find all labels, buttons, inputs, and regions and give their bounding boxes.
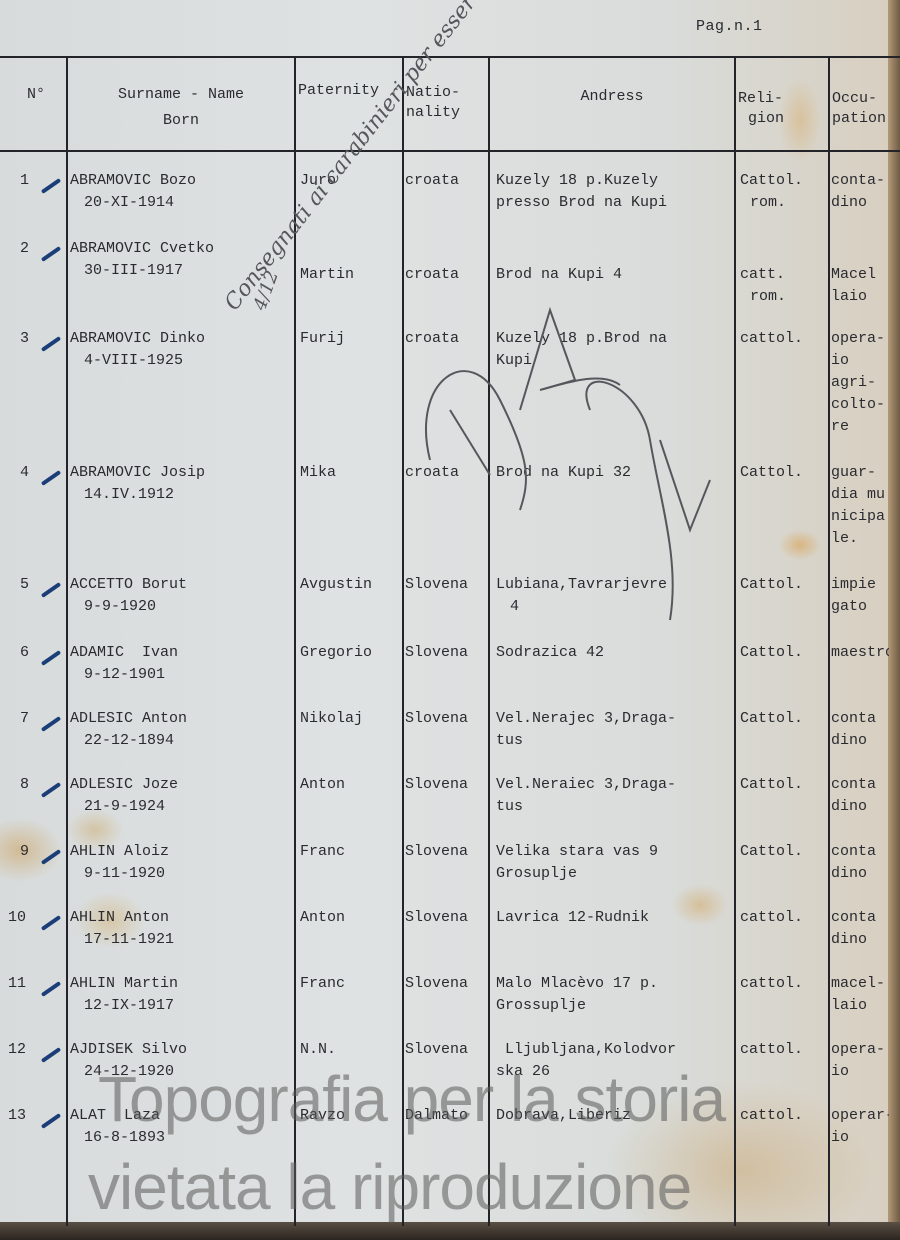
nationality: Slovena [405,774,468,796]
paternity: N.N. [300,1039,336,1061]
paternity: Gregorio [300,642,372,664]
religion: Cattol. [740,574,803,596]
paternity: Franc [300,973,345,995]
occupation: dino [831,796,889,818]
header-no: N° [8,86,64,104]
surname-name: ADLESIC Joze [70,774,178,796]
birth-date: 14.IV.1912 [84,484,174,506]
header-address: Andress [492,88,732,106]
surname-name: AJDISEK Silvo [70,1039,187,1061]
religion-line-2: rom. [750,192,786,214]
header-occupation: Occu- [832,90,892,108]
address-line-2: presso Brod na Kupi [496,192,667,214]
occupation: gato [831,596,889,618]
row-number: 1 [20,170,29,192]
row-number: 7 [20,708,29,730]
paternity: Anton [300,907,345,929]
religion: cattol. [740,1039,803,1061]
paternity: Nikolaj [300,708,363,730]
row-number: 6 [20,642,29,664]
occupation: conta- [831,170,889,192]
signature-scribble [410,300,730,630]
occupation: operar- [831,1105,889,1127]
religion: Cattol. [740,708,803,730]
surname-name: ADAMIC Ivan [70,642,178,664]
paternity: Mika [300,462,336,484]
occupation: dino [831,863,889,885]
birth-date: 12-IX-1917 [84,995,174,1017]
occupation: colto- [831,394,889,416]
surname-name: ADLESIC Anton [70,708,187,730]
occupation: Macel [831,264,889,286]
nationality: Slovena [405,708,468,730]
surname-name: AHLIN Aloiz [70,841,169,863]
row-number: 11 [8,973,26,995]
address-line-2: tus [496,796,523,818]
address-line-1: Vel.Nerajec 3,Draga- [496,708,676,730]
birth-date: 17-11-1921 [84,929,174,951]
surname-name: AHLIN Martin [70,973,178,995]
birth-date: 20-XI-1914 [84,192,174,214]
surname-name: ABRAMOVIC Dinko [70,328,205,350]
religion: catt. [740,264,785,286]
occupation: macel- [831,973,889,995]
religion: Cattol. [740,170,803,192]
religion: cattol. [740,907,803,929]
address-line-2: tus [496,730,523,752]
occupation: dino [831,730,889,752]
birth-date: 4-VIII-1925 [84,350,183,372]
surname-name: ABRAMOVIC Bozo [70,170,196,192]
occupation: conta [831,841,889,863]
birth-date: 9-9-1920 [84,596,156,618]
row-number: 3 [20,328,29,350]
table-top-border [0,56,900,58]
occupation: io [831,1127,889,1149]
religion: Cattol. [740,774,803,796]
surname-name: ABRAMOVIC Cvetko [70,238,214,260]
address-line-1: Malo Mlacèvo 17 p. [496,973,658,995]
row-number: 8 [20,774,29,796]
occupation: laio [831,995,889,1017]
paternity: Furij [300,328,345,350]
nationality: Slovena [405,642,468,664]
header-religion: Reli- [738,90,826,108]
column-divider [488,56,490,1226]
row-number: 4 [20,462,29,484]
occupation: nicipa [831,506,889,528]
religion-line-2: rom. [750,286,786,308]
column-divider [66,56,68,1226]
header-born: Born [70,112,292,130]
column-divider [734,56,736,1226]
occupation: maestro [831,642,889,664]
watermark-line-1: Topografia per la storia [98,1062,725,1136]
religion: Cattol. [740,462,803,484]
religion: cattol. [740,1105,803,1127]
religion: Cattol. [740,642,803,664]
paternity: Anton [300,774,345,796]
column-divider [402,56,404,1226]
header-nationality-2: nality [406,104,486,122]
occupation: conta [831,708,889,730]
paternity: Franc [300,841,345,863]
occupation: dino [831,929,889,951]
address-line-1: Sodrazica 42 [496,642,604,664]
birth-date: 22-12-1894 [84,730,174,752]
occupation: impie [831,574,889,596]
address-line-2: Grosuplje [496,863,577,885]
row-number: 2 [20,238,29,260]
header-religion-2: gion [748,110,828,128]
occupation: guar- [831,462,889,484]
page-bottom-edge [0,1222,900,1240]
row-number: 9 [20,841,29,863]
address-line-2: Grossuplje [496,995,586,1017]
birth-date: 9-11-1920 [84,863,165,885]
address-line-1: Brod na Kupi 4 [496,264,622,286]
occupation: conta [831,774,889,796]
surname-name: ABRAMOVIC Josip [70,462,205,484]
nationality: Slovena [405,1039,468,1061]
nationality: Slovena [405,841,468,863]
surname-name: ACCETTO Borut [70,574,187,596]
header-surname: Surname - Name [70,86,292,104]
occupation: agri- [831,372,889,394]
row-number: 13 [8,1105,26,1127]
surname-name: AHLIN Anton [70,907,169,929]
address-line-1: Lljubljana,Kolodvor [496,1039,676,1061]
row-number: 12 [8,1039,26,1061]
nationality: Slovena [405,907,468,929]
occupation: le. [831,528,889,550]
column-divider [828,56,830,1226]
paternity: Avgustin [300,574,372,596]
address-line-1: Lavrica 12-Rudnik [496,907,649,929]
birth-date: 30-III-1917 [84,260,183,282]
row-number: 5 [20,574,29,596]
nationality: croata [405,264,459,286]
occupation: opera- [831,328,889,350]
birth-date: 21-9-1924 [84,796,165,818]
religion: cattol. [740,328,803,350]
occupation: re [831,416,889,438]
page-edge [888,0,900,1240]
address-line-1: Velika stara vas 9 [496,841,658,863]
birth-date: 9-12-1901 [84,664,165,686]
watermark-line-2: vietata la riproduzione [88,1150,691,1224]
religion: cattol. [740,973,803,995]
occupation: laio [831,286,889,308]
nationality: croata [405,170,459,192]
header-bottom-border [0,150,900,152]
address-line-1: Vel.Neraiec 3,Draga- [496,774,676,796]
paternity: Martin [300,264,354,286]
nationality: Slovena [405,973,468,995]
occupation: opera- [831,1039,889,1061]
row-number: 10 [8,907,26,929]
header-occupation-2: pation [832,110,892,128]
page-number: Pag.n.1 [696,18,763,35]
religion: Cattol. [740,841,803,863]
occupation: conta [831,907,889,929]
occupation: io [831,350,889,372]
occupation: io [831,1061,889,1083]
address-line-1: Kuzely 18 p.Kuzely [496,170,658,192]
occupation: dino [831,192,889,214]
occupation: dia mu [831,484,889,506]
